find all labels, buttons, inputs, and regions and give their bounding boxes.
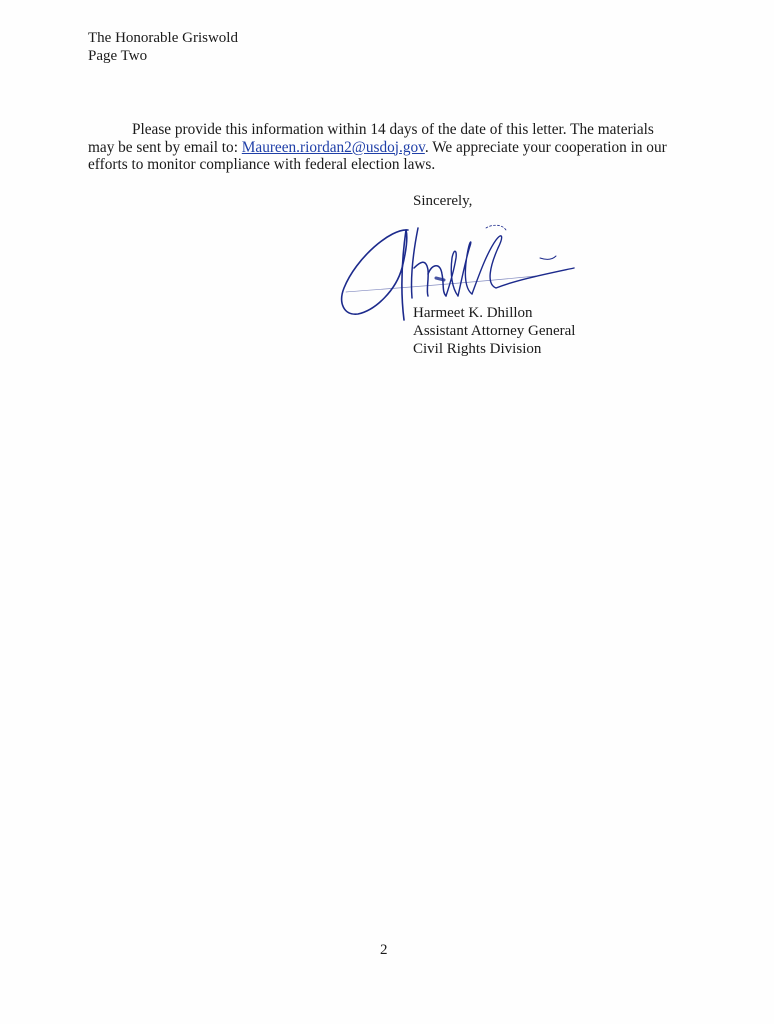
signer-name: Harmeet K. Dhillon [413,304,575,322]
body-line-2-end: . We appreciate your cooperation in our [425,139,667,156]
letter-page: The Honorable Griswold Page Two Please p… [0,0,774,1024]
email-link[interactable]: Maureen.riordan2@usdoj.gov [242,139,425,156]
body-paragraph: Please provide this information within 1… [88,121,698,174]
page-number: 2 [380,941,388,959]
recipient-line: The Honorable Griswold [88,29,238,47]
body-line-1: Please provide this information within 1… [88,121,698,139]
body-line-2-start: may be sent by email to: [88,139,242,156]
page-label: Page Two [88,47,238,65]
signature-block: Harmeet K. Dhillon Assistant Attorney Ge… [413,304,575,358]
body-line-3: efforts to monitor compliance with feder… [88,156,698,174]
body-line-2: may be sent by email to: Maureen.riordan… [88,139,698,157]
signer-title: Assistant Attorney General [413,322,575,340]
letter-header: The Honorable Griswold Page Two [88,29,238,65]
closing: Sincerely, [413,192,472,210]
signer-division: Civil Rights Division [413,340,575,358]
